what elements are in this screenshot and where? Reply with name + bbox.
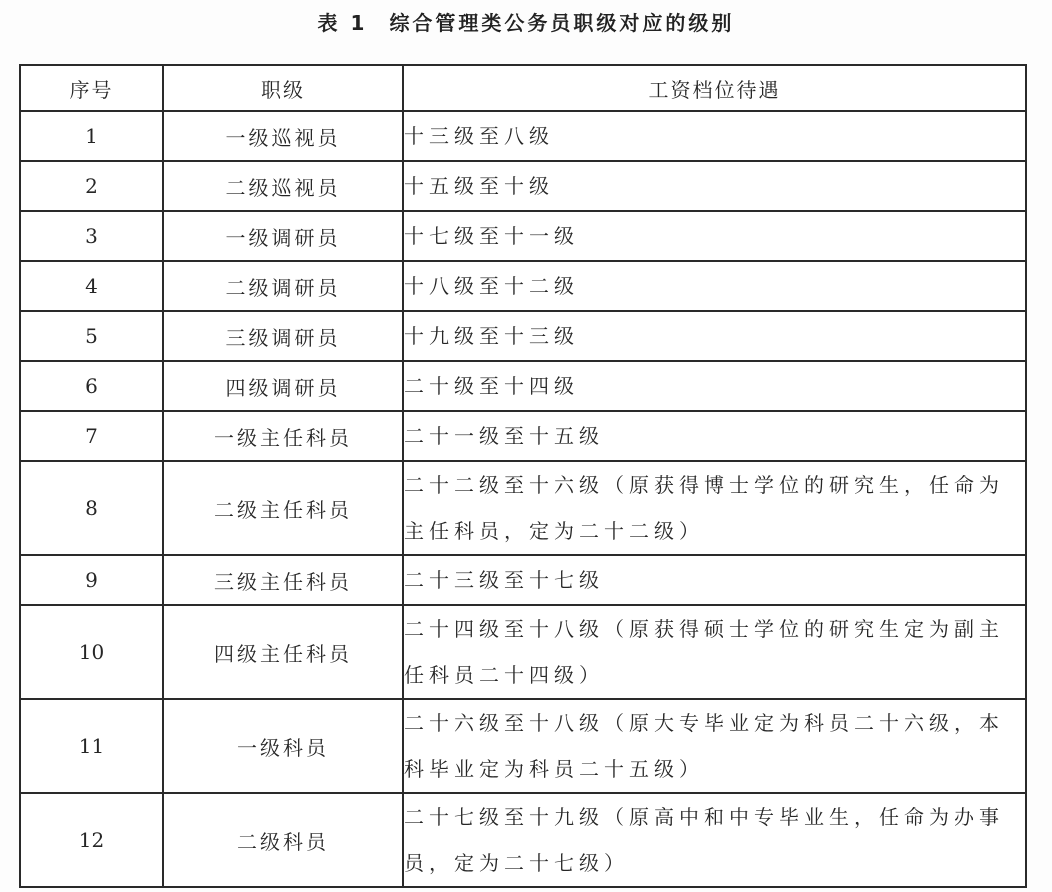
row-seq: 2 — [20, 161, 163, 211]
row-rank: 四级主任科员 — [163, 605, 403, 699]
row-pay: 十五级至十级 — [403, 161, 1026, 211]
row-seq: 1 — [20, 111, 163, 161]
table-row: 9 三级主任科员 二十三级至十七级 — [20, 555, 1026, 605]
header-seq: 序号 — [20, 65, 163, 111]
row-pay: 十八级至十二级 — [403, 261, 1026, 311]
row-seq: 11 — [20, 699, 163, 793]
row-seq: 4 — [20, 261, 163, 311]
row-seq: 6 — [20, 361, 163, 411]
row-pay: 二十七级至十九级（原高中和中专毕业生，任命为办事员，定为二十七级） — [403, 793, 1026, 887]
row-rank: 一级主任科员 — [163, 411, 403, 461]
table-title: 综合管理类公务员职级对应的级别 — [389, 11, 734, 35]
row-rank: 三级调研员 — [163, 311, 403, 361]
table-row: 12 二级科员 二十七级至十九级（原高中和中专毕业生，任命为办事员，定为二十七级… — [20, 793, 1026, 887]
header-rank: 职级 — [163, 65, 403, 111]
row-seq: 10 — [20, 605, 163, 699]
row-pay: 十三级至八级 — [403, 111, 1026, 161]
table-row: 10 四级主任科员 二十四级至十八级（原获得硕士学位的研究生定为副主任科员二十四… — [20, 605, 1026, 699]
row-seq: 8 — [20, 461, 163, 555]
row-pay: 二十级至十四级 — [403, 361, 1026, 411]
rank-grade-table: 序号 职级 工资档位待遇 1 一级巡视员 十三级至八级 2 二级巡视员 十五级至… — [19, 64, 1027, 888]
header-pay: 工资档位待遇 — [403, 65, 1026, 111]
row-rank: 二级主任科员 — [163, 461, 403, 555]
table-header-row: 序号 职级 工资档位待遇 — [20, 65, 1026, 111]
row-rank: 一级巡视员 — [163, 111, 403, 161]
table-caption: 表 1综合管理类公务员职级对应的级别 — [0, 8, 1052, 38]
row-seq: 9 — [20, 555, 163, 605]
row-pay: 二十二级至十六级（原获得博士学位的研究生，任命为主任科员，定为二十二级） — [403, 461, 1026, 555]
table-row: 3 一级调研员 十七级至十一级 — [20, 211, 1026, 261]
row-pay: 二十六级至十八级（原大专毕业定为科员二十六级，本科毕业定为科员二十五级） — [403, 699, 1026, 793]
table-row: 5 三级调研员 十九级至十三级 — [20, 311, 1026, 361]
table-row: 4 二级调研员 十八级至十二级 — [20, 261, 1026, 311]
row-seq: 12 — [20, 793, 163, 887]
row-seq: 7 — [20, 411, 163, 461]
row-rank: 二级调研员 — [163, 261, 403, 311]
table-row: 6 四级调研员 二十级至十四级 — [20, 361, 1026, 411]
row-rank: 二级科员 — [163, 793, 403, 887]
row-rank: 四级调研员 — [163, 361, 403, 411]
row-pay: 二十四级至十八级（原获得硕士学位的研究生定为副主任科员二十四级） — [403, 605, 1026, 699]
row-rank: 一级科员 — [163, 699, 403, 793]
table-row: 11 一级科员 二十六级至十八级（原大专毕业定为科员二十六级，本科毕业定为科员二… — [20, 699, 1026, 793]
row-pay: 十九级至十三级 — [403, 311, 1026, 361]
row-pay: 十七级至十一级 — [403, 211, 1026, 261]
row-rank: 三级主任科员 — [163, 555, 403, 605]
row-pay: 二十一级至十五级 — [403, 411, 1026, 461]
row-seq: 3 — [20, 211, 163, 261]
row-seq: 5 — [20, 311, 163, 361]
table-number: 表 1 — [318, 11, 368, 35]
row-rank: 二级巡视员 — [163, 161, 403, 211]
table-row: 7 一级主任科员 二十一级至十五级 — [20, 411, 1026, 461]
table-row: 2 二级巡视员 十五级至十级 — [20, 161, 1026, 211]
row-rank: 一级调研员 — [163, 211, 403, 261]
table-row: 1 一级巡视员 十三级至八级 — [20, 111, 1026, 161]
table-row: 8 二级主任科员 二十二级至十六级（原获得博士学位的研究生，任命为主任科员，定为… — [20, 461, 1026, 555]
row-pay: 二十三级至十七级 — [403, 555, 1026, 605]
